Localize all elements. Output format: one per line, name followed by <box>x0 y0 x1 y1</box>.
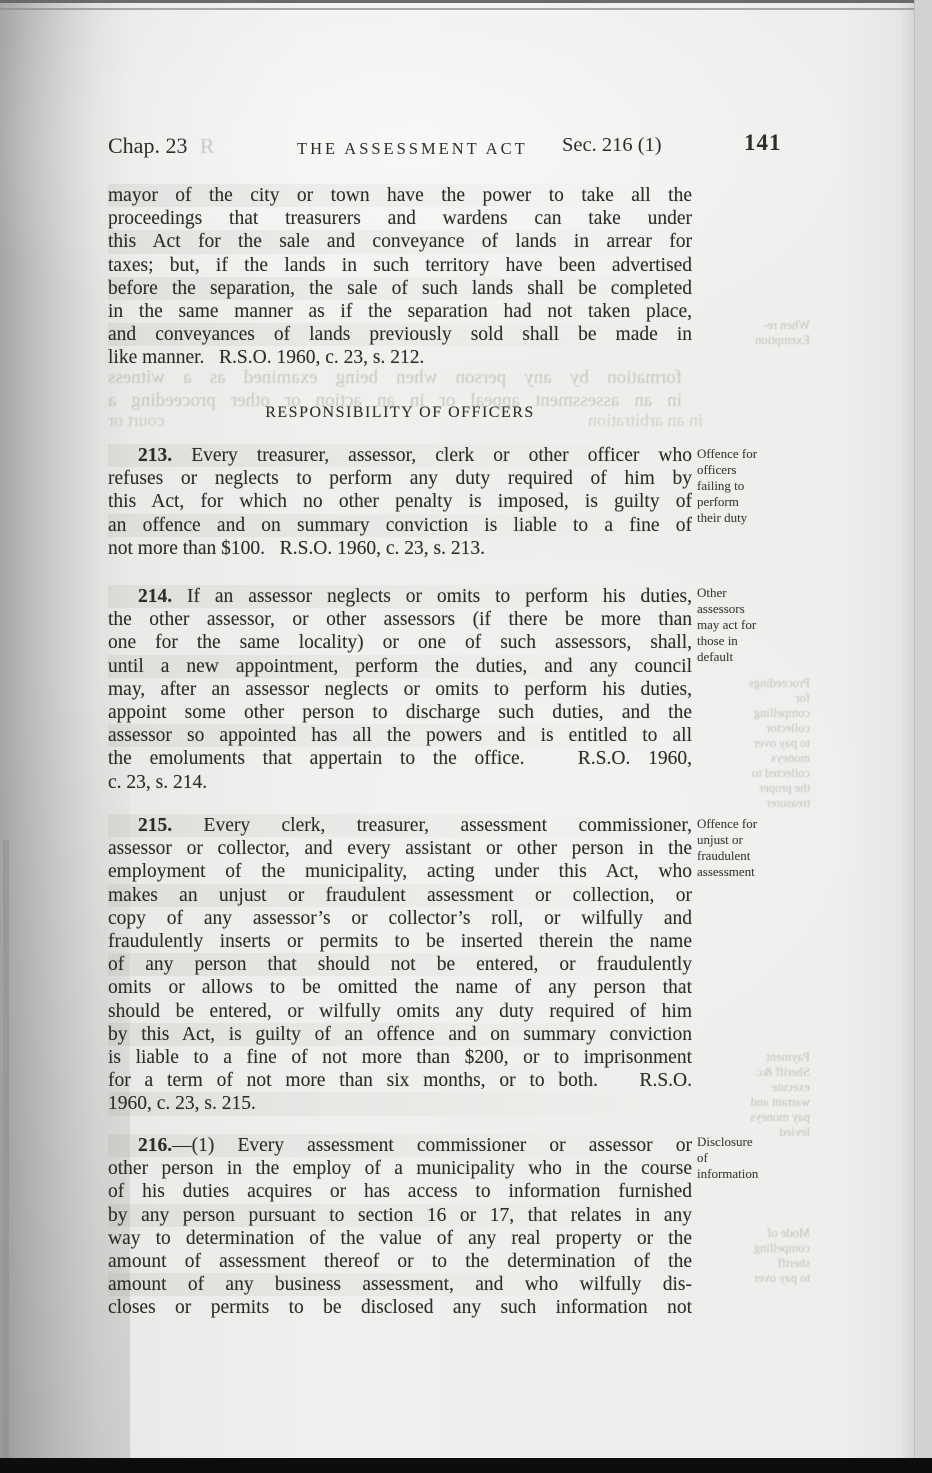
act-title: THE ASSESSMENT ACT <box>297 139 528 159</box>
text-line: officers <box>697 462 819 478</box>
text-line: makes an unjust or fraudulent assessment… <box>108 884 692 907</box>
text-line: of any person that should not be entered… <box>108 953 692 976</box>
text-line: should be entered, or wilfully omits any… <box>108 1000 692 1023</box>
text-line: one for the same locality) or one of suc… <box>108 631 692 654</box>
text-line: for a term of not more than six months, … <box>108 1069 692 1092</box>
text-line: warrant and <box>688 1095 810 1110</box>
bleed-through-margin-note: Proceedingsforcompellingcollectorto pay … <box>688 676 810 811</box>
section-reference: Sec. 216 (1) <box>562 134 662 157</box>
text-line: assessor so appointed has all the powers… <box>108 724 692 747</box>
text-line: execute <box>688 1080 810 1095</box>
text-line: to pay over <box>688 1271 810 1286</box>
text-line: Other <box>697 585 819 601</box>
text-line: amount of assessment thereof or to the d… <box>108 1250 692 1273</box>
margin-note-214: Otherassessorsmay act forthose indefault <box>697 585 819 665</box>
text-line: pay moneys <box>688 1110 810 1125</box>
margin-note-216: Disclosureofinformation <box>697 1134 819 1182</box>
text-line: this Act, for which no other penalty is … <box>108 490 692 513</box>
text-line: of <box>697 1150 819 1166</box>
text-line: by this Act, is guilty of an offence and… <box>108 1023 692 1046</box>
text-line: perform <box>697 494 819 510</box>
text-line: taxes; but, if the lands in such territo… <box>108 254 692 277</box>
text-line: amount of any business assessment, and w… <box>108 1273 692 1296</box>
text-line: Sheriff &c. <box>688 1065 810 1080</box>
bleed-through-char: Я <box>200 134 214 159</box>
text-line: not more than $100. R.S.O. 1960, c. 23, … <box>108 537 692 560</box>
text-line: may, after an assessor neglects or omits… <box>108 678 692 701</box>
responsibility-heading: RESPONSIBILITY OF OFFICERS <box>108 404 692 422</box>
text-line: assessors <box>697 601 819 617</box>
section-216: 216.—(1) Every assessment commissioner o… <box>108 1134 692 1320</box>
text-line: may act for <box>697 617 819 633</box>
text-line: failing to <box>697 478 819 494</box>
text-line: copy of any assessor’s or collector’s ro… <box>108 907 692 930</box>
text-line: closes or permits to be disclosed any su… <box>108 1296 692 1319</box>
text-line: compelling <box>688 1241 810 1256</box>
text-line: an offence and on summary conviction is … <box>108 514 692 537</box>
margin-note-213: Offence forofficersfailing toperformthei… <box>697 446 819 526</box>
text-line: omits or allows to be omitted the name o… <box>108 976 692 999</box>
text-line: default <box>697 649 819 665</box>
text-line: collected to <box>688 766 810 781</box>
text-line: unjust or <box>697 832 819 848</box>
text-line: refuses or neglects to perform any duty … <box>108 467 692 490</box>
left-edge-shadow <box>3 840 9 1458</box>
text-line: assessor or collector, and every assista… <box>108 837 692 860</box>
text-line: Proceedings <box>688 676 810 691</box>
text-line: Mode of <box>688 1226 810 1241</box>
text-line: other person in the employ of a municipa… <box>108 1157 692 1180</box>
page-right-edge <box>914 0 932 1473</box>
text-line: 214. If an assessor neglects or omits to… <box>108 585 692 608</box>
text-line: assessment <box>697 864 819 880</box>
text-line: way to determination of the value of any… <box>108 1227 692 1250</box>
text-line: by any person pursuant to section 16 or … <box>108 1204 692 1227</box>
text-line: until a new appointment, perform the dut… <box>108 655 692 678</box>
scan-top-line <box>0 8 932 10</box>
text-line: compelling <box>688 706 810 721</box>
text-line: Offence for <box>697 816 819 832</box>
text-line: to pay over <box>688 736 810 751</box>
text-line: Offence for <box>697 446 819 462</box>
text-line: proceedings that treasurers and wardens … <box>108 207 692 230</box>
text-line: levied <box>688 1125 810 1140</box>
text-line: c. 23, s. 214. <box>108 771 692 794</box>
text-line: the emoluments that appertain to the off… <box>108 747 692 770</box>
text-line: of his duties acquires or has access to … <box>108 1180 692 1203</box>
text-line: their duty <box>697 510 819 526</box>
page-number: 141 <box>744 130 782 156</box>
bleed-through-margin-note: PaymentSheriff &c.executewarrant andpay … <box>688 1050 810 1140</box>
page-top-edge <box>0 0 932 3</box>
text-line: sheriff <box>688 1256 810 1271</box>
text-line: moneys <box>688 751 810 766</box>
text-line: before the separation, the sale of such … <box>108 277 692 300</box>
text-line: employment of the municipality, acting u… <box>108 860 692 883</box>
text-line: 1960, c. 23, s. 215. <box>108 1092 692 1115</box>
text-line: is liable to a fine of not more than $20… <box>108 1046 692 1069</box>
text-line: fraudulent <box>697 848 819 864</box>
text-line: 215. Every clerk, treasurer, assessment … <box>108 814 692 837</box>
section-215: 215. Every clerk, treasurer, assessment … <box>108 814 692 1116</box>
text-line: appoint some other person to discharge s… <box>108 701 692 724</box>
section-213: 213. Every treasurer, assessor, clerk or… <box>108 444 692 560</box>
bleed-through-margin-note: Mode ofcompellingsheriffto pay over <box>688 1226 810 1286</box>
text-line: and conveyances of lands previously sold… <box>108 323 692 346</box>
text-line: mayor of the city or town have the power… <box>108 184 692 207</box>
text-line: 216.—(1) Every assessment commissioner o… <box>108 1134 692 1157</box>
section-214: 214. If an assessor neglects or omits to… <box>108 585 692 794</box>
text-line: Exemption <box>688 333 810 348</box>
text-line: Payment <box>688 1050 810 1065</box>
text-line: the other assessor, or other assessors (… <box>108 608 692 631</box>
intro-paragraph: mayor of the city or town have the power… <box>108 184 692 370</box>
text-line: collector <box>688 721 810 736</box>
margin-note-215: Offence forunjust orfraudulentassessment <box>697 816 819 880</box>
scanned-page: Chap. 23 Я THE ASSESSMENT ACT Sec. 216 (… <box>0 0 932 1473</box>
text-line: this Act for the sale and conveyance of … <box>108 230 692 253</box>
text-line: 213. Every treasurer, assessor, clerk or… <box>108 444 692 467</box>
text-line: formation by any person when being exami… <box>108 366 682 389</box>
text-line: fraudulently inserts or permits to be in… <box>108 930 692 953</box>
text-line: for <box>688 691 810 706</box>
text-line: the proper <box>688 781 810 796</box>
scan-bottom-bar <box>0 1458 932 1473</box>
text-line: those in <box>697 633 819 649</box>
text-line: information <box>697 1166 819 1182</box>
text-line: treasurer <box>688 796 810 811</box>
bleed-through-margin-note: When re-Exemption <box>688 318 810 348</box>
text-line: in the same manner as if the separation … <box>108 300 692 323</box>
text-line: When re- <box>688 318 810 333</box>
chapter-label: Chap. 23 <box>108 133 187 159</box>
